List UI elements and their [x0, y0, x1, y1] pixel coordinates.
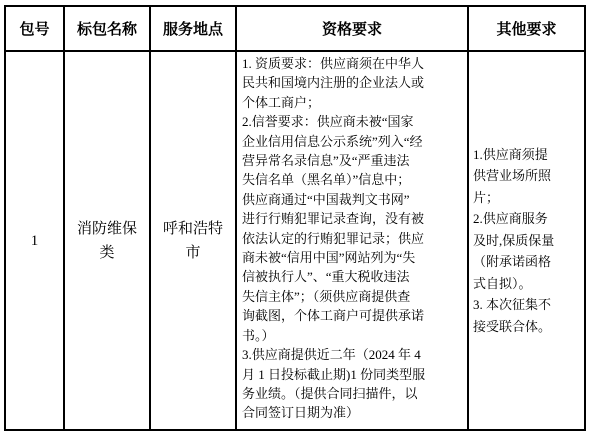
table-row: 1 消防维保类 呼和浩特市 1. 资质要求：供应商须在中华人 民共和国境内注册的… [5, 51, 585, 430]
header-service-location: 服务地点 [150, 6, 236, 51]
header-qualification-requirements: 资格要求 [236, 6, 468, 51]
cell-package-name: 消防维保类 [64, 51, 150, 430]
cell-qualification-requirements: 1. 资质要求：供应商须在中华人 民共和国境内注册的企业法人或 个体工商户； 2… [236, 51, 468, 430]
cell-package-no: 1 [5, 51, 64, 430]
header-row: 包号 标包名称 服务地点 资格要求 其他要求 [5, 6, 585, 51]
requirements-table: 包号 标包名称 服务地点 资格要求 其他要求 1 消防维保类 呼和浩特市 1. … [4, 5, 586, 431]
header-package-no: 包号 [5, 6, 64, 51]
header-other-requirements: 其他要求 [468, 6, 585, 51]
header-package-name: 标包名称 [64, 6, 150, 51]
cell-other-requirements: 1.供应商须提 供营业场所照 片； 2.供应商服务 及时,保质保量 （附承诺函格… [468, 51, 585, 430]
cell-service-location: 呼和浩特市 [150, 51, 236, 430]
